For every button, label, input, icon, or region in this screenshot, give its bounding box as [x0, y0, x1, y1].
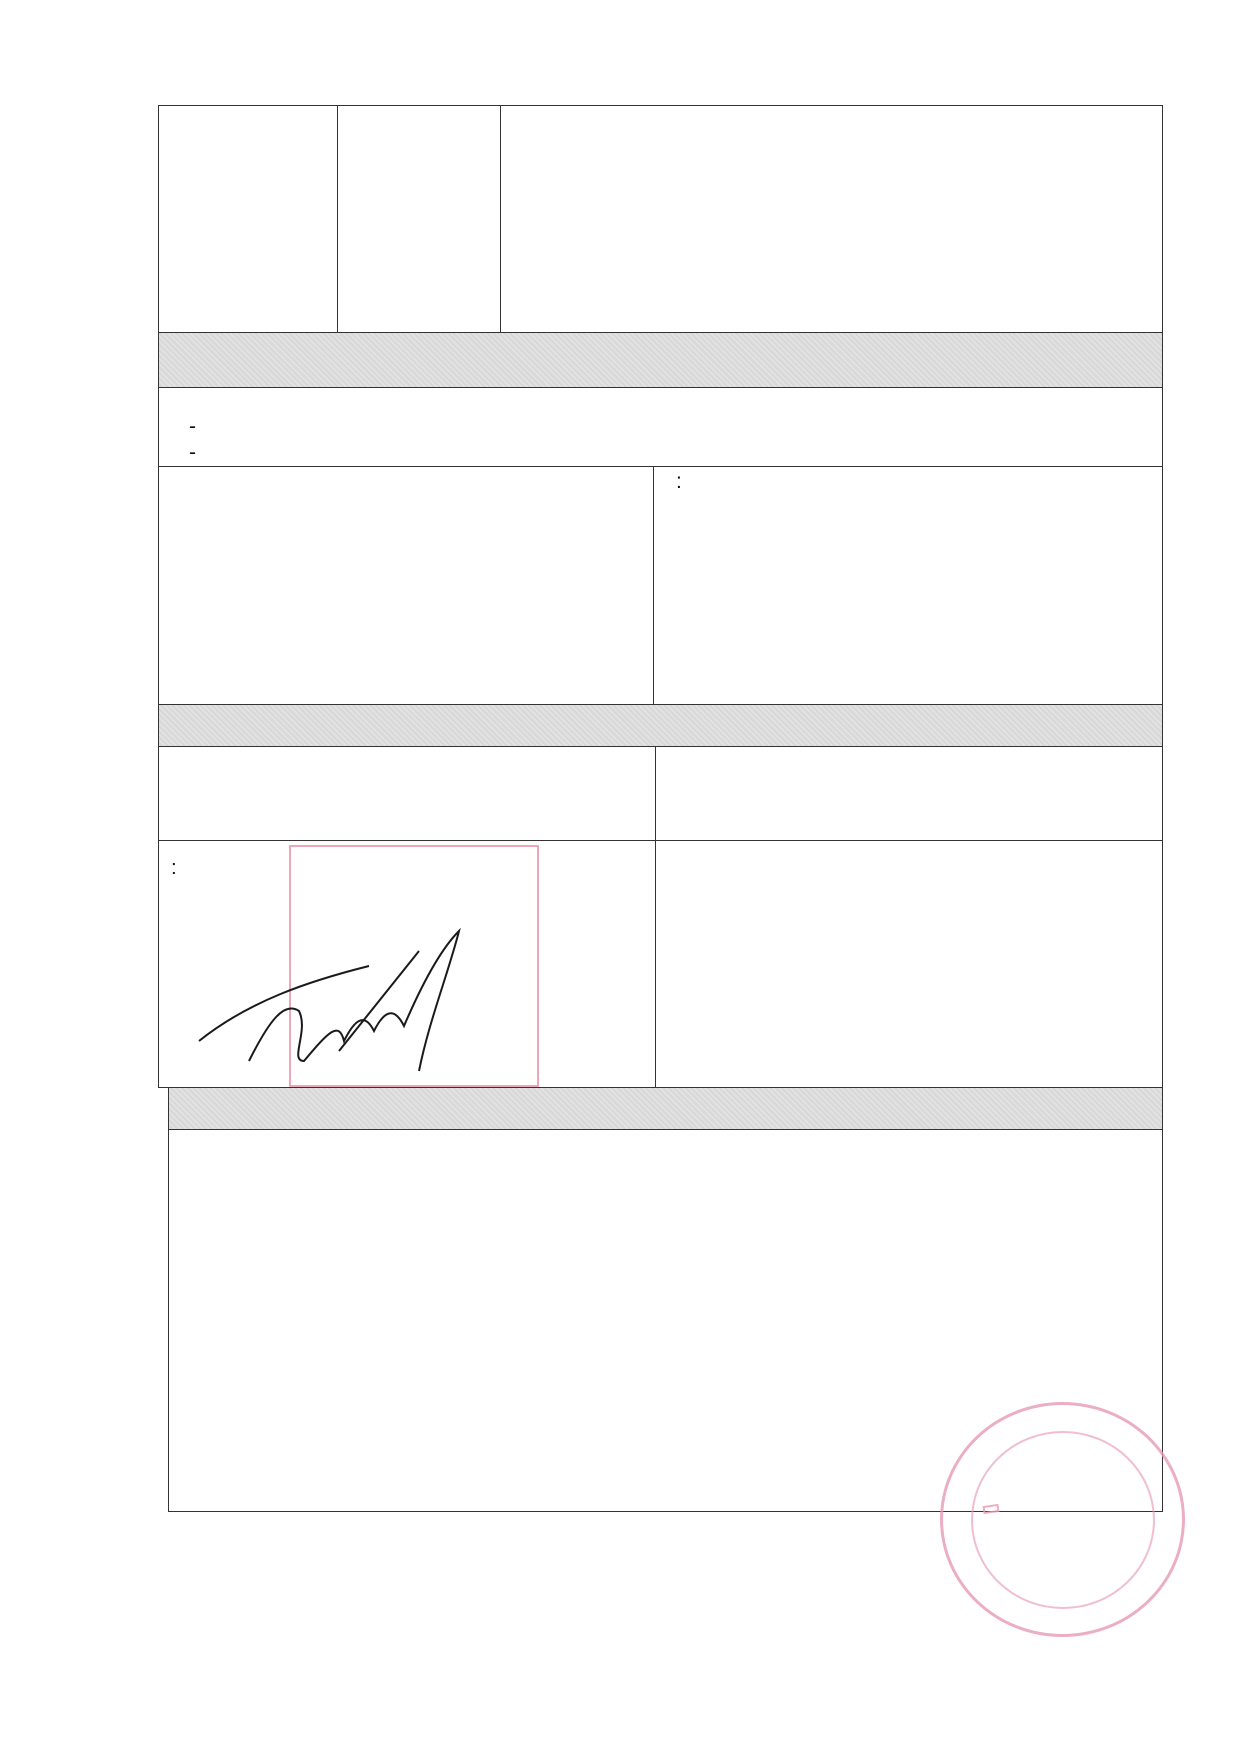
prepared-by-label-cell: [158, 746, 657, 842]
supervisor-item: -: [189, 440, 228, 467]
preparer-signature-cell: :: [158, 840, 657, 1088]
approval-seal: [940, 1402, 1185, 1637]
top-row-col3: [500, 105, 1163, 334]
top-row-col1: [158, 105, 339, 334]
section-5-header: [158, 704, 1163, 748]
section-6-header: [168, 1087, 1163, 1131]
approved-by-label-cell: [655, 746, 1163, 842]
section-4-header: [158, 332, 1163, 389]
other-contacts-label: :: [676, 469, 682, 496]
signature-icon: [189, 911, 489, 1081]
position-label: :: [171, 855, 177, 882]
supervisor-row: - -: [158, 387, 1163, 468]
subordinates-cell: [158, 466, 655, 706]
approver-decision-cell: [655, 840, 1163, 1088]
top-row-col2: [337, 105, 502, 334]
other-contacts-cell: :: [653, 466, 1163, 706]
supervisor-item: -: [189, 414, 228, 441]
